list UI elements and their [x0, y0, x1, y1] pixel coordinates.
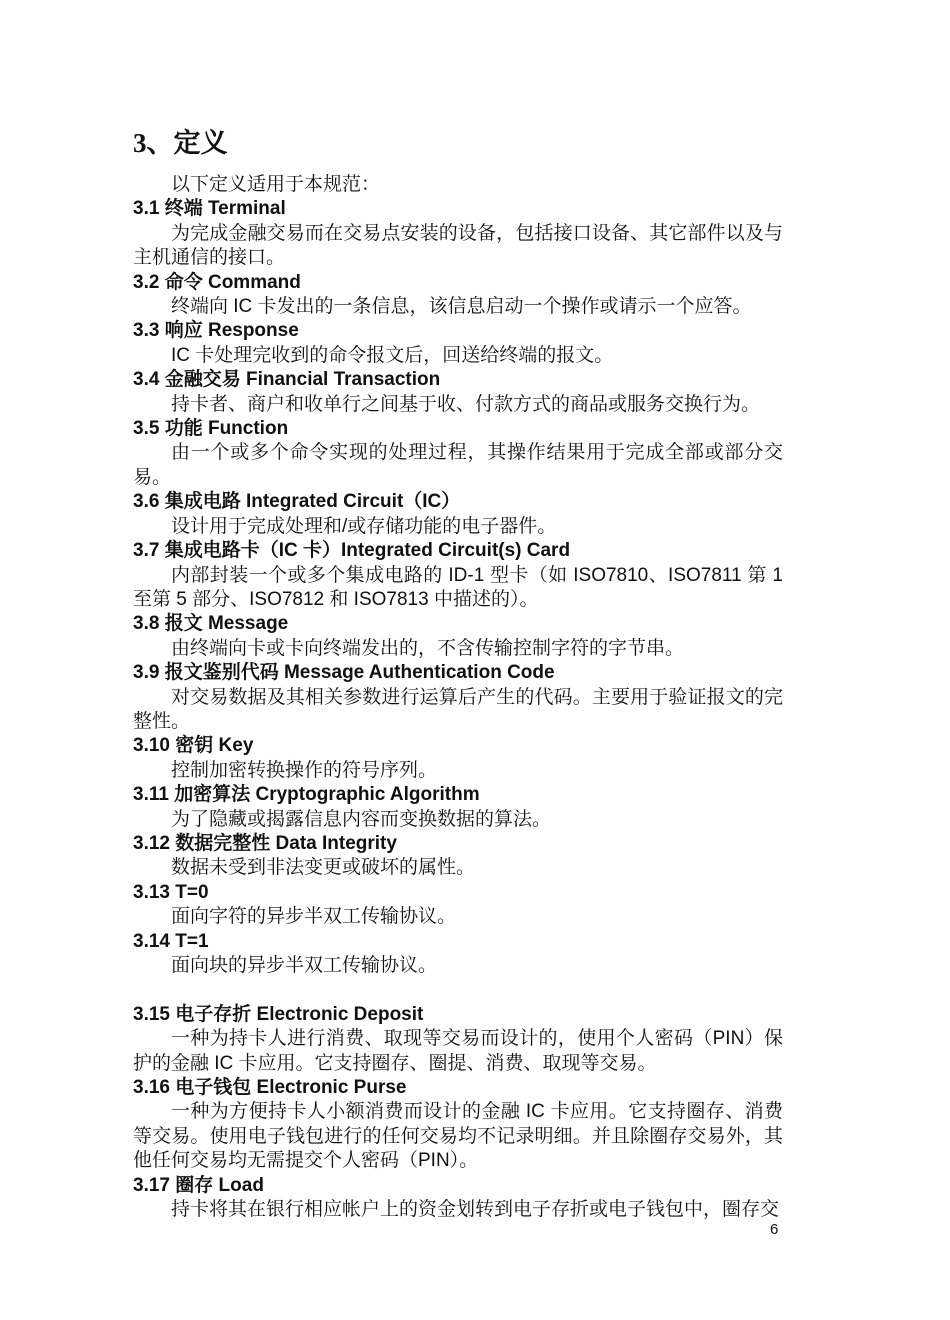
definition-term: 3.16 电子钱包 Electronic Purse: [133, 1076, 783, 1100]
definition-item: 3.3 响应 Response IC 卡处理完收到的命令报文后，回送给终端的报文…: [133, 319, 783, 368]
definition-item: 3.15 电子存折 Electronic Deposit 一种为持卡人进行消费、…: [133, 1003, 783, 1076]
definition-body: 由终端向卡或卡向终端发出的，不含传输控制字符的字节串。: [133, 637, 783, 661]
definition-item: 3.7 集成电路卡（IC 卡）Integrated Circuit(s) Car…: [133, 539, 783, 612]
document-page: 3、定义 以下定义适用于本规范： 3.1 终端 Terminal 为完成金融交易…: [0, 0, 950, 1320]
definition-item: 3.10 密钥 Key 控制加密转换操作的符号序列。: [133, 734, 783, 783]
definition-body: IC 卡处理完收到的命令报文后，回送给终端的报文。: [133, 344, 783, 368]
definition-body: 内部封装一个或多个集成电路的 ID-1 型卡（如 ISO7810、ISO7811…: [133, 564, 783, 613]
definition-item: 3.4 金融交易 Financial Transaction 持卡者、商户和收单…: [133, 368, 783, 417]
definition-term: 3.10 密钥 Key: [133, 734, 783, 758]
definition-term: 3.2 命令 Command: [133, 271, 783, 295]
definition-term: 3.7 集成电路卡（IC 卡）Integrated Circuit(s) Car…: [133, 539, 783, 563]
definition-term: 3.5 功能 Function: [133, 417, 783, 441]
section-intro: 以下定义适用于本规范：: [133, 173, 783, 197]
definition-term: 3.14 T=1: [133, 930, 783, 954]
definition-body: 一种为持卡人进行消费、取现等交易而设计的，使用个人密码（PIN）保护的金融 IC…: [133, 1027, 783, 1076]
definition-term: 3.3 响应 Response: [133, 319, 783, 343]
definition-item: 3.17 圈存 Load 持卡将其在银行相应帐户上的资金划转到电子存折或电子钱包…: [133, 1174, 783, 1223]
definition-item: 3.2 命令 Command 终端向 IC 卡发出的一条信息，该信息启动一个操作…: [133, 271, 783, 320]
definition-item: 3.13 T=0 面向字符的异步半双工传输协议。: [133, 881, 783, 930]
definition-term: 3.4 金融交易 Financial Transaction: [133, 368, 783, 392]
definition-body: 为完成金融交易而在交易点安装的设备，包括接口设备、其它部件以及与主机通信的接口。: [133, 222, 783, 271]
definition-body: 由一个或多个命令实现的处理过程，其操作结果用于完成全部或部分交易。: [133, 441, 783, 490]
definition-body: 面向字符的异步半双工传输协议。: [133, 905, 783, 929]
definition-item: 3.11 加密算法 Cryptographic Algorithm 为了隐藏或揭…: [133, 783, 783, 832]
definition-body: 设计用于完成处理和/或存储功能的电子器件。: [133, 515, 783, 539]
definition-item: 3.9 报文鉴别代码 Message Authentication Code 对…: [133, 661, 783, 734]
definition-term: 3.8 报文 Message: [133, 612, 783, 636]
definition-term: 3.12 数据完整性 Data Integrity: [133, 832, 783, 856]
definition-term: 3.17 圈存 Load: [133, 1174, 783, 1198]
definition-body: 对交易数据及其相关参数进行运算后产生的代码。主要用于验证报文的完整性。: [133, 686, 783, 735]
definition-item: 3.12 数据完整性 Data Integrity 数据未受到非法变更或破坏的属…: [133, 832, 783, 881]
definition-body: 面向块的异步半双工传输协议。: [133, 954, 783, 978]
definition-item: 3.1 终端 Terminal 为完成金融交易而在交易点安装的设备，包括接口设备…: [133, 197, 783, 270]
definition-term: 3.9 报文鉴别代码 Message Authentication Code: [133, 661, 783, 685]
section-heading: 3、定义: [133, 126, 783, 160]
definition-body: 控制加密转换操作的符号序列。: [133, 759, 783, 783]
definition-body: 终端向 IC 卡发出的一条信息，该信息启动一个操作或请示一个应答。: [133, 295, 783, 319]
definition-term: 3.15 电子存折 Electronic Deposit: [133, 1003, 783, 1027]
definition-body: 持卡将其在银行相应帐户上的资金划转到电子存折或电子钱包中，圈存交: [133, 1198, 783, 1222]
definition-item: 3.8 报文 Message 由终端向卡或卡向终端发出的，不含传输控制字符的字节…: [133, 612, 783, 661]
definition-item: 3.6 集成电路 Integrated Circuit（IC） 设计用于完成处理…: [133, 490, 783, 539]
definition-body: 数据未受到非法变更或破坏的属性。: [133, 856, 783, 880]
definition-term: 3.11 加密算法 Cryptographic Algorithm: [133, 783, 783, 807]
definition-item: 3.14 T=1 面向块的异步半双工传输协议。: [133, 930, 783, 979]
definition-item: 3.5 功能 Function 由一个或多个命令实现的处理过程，其操作结果用于完…: [133, 417, 783, 490]
definition-body: 为了隐藏或揭露信息内容而变换数据的算法。: [133, 808, 783, 832]
definition-term: 3.13 T=0: [133, 881, 783, 905]
definition-item: 3.16 电子钱包 Electronic Purse 一种为方便持卡人小额消费而…: [133, 1076, 783, 1174]
page-number: 6: [770, 1220, 778, 1240]
definition-body: 一种为方便持卡人小额消费而设计的金融 IC 卡应用。它支持圈存、消费等交易。使用…: [133, 1100, 783, 1173]
definition-term: 3.1 终端 Terminal: [133, 197, 783, 221]
definition-term: 3.6 集成电路 Integrated Circuit（IC）: [133, 490, 783, 514]
page-content: 3、定义 以下定义适用于本规范： 3.1 终端 Terminal 为完成金融交易…: [133, 126, 783, 1222]
definition-body: 持卡者、商户和收单行之间基于收、付款方式的商品或服务交换行为。: [133, 393, 783, 417]
